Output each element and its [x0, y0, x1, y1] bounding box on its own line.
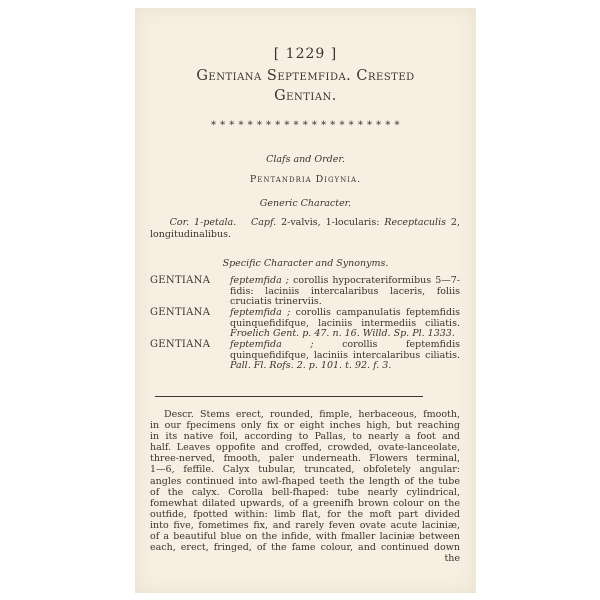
document-page: [ 1229 ] Gentiana Septemfida. Crested Ge… — [135, 8, 476, 593]
class-order-value: Pentandria Digynia. — [135, 174, 476, 185]
class-order-heading: Clafs and Order. — [135, 154, 476, 165]
ornament-divider: * * * * * * * * * * * * * * * * * * * * … — [135, 120, 476, 131]
synonym-entry: GENTIANA feptemfida ; corollis feptemfid… — [150, 340, 460, 372]
horizontal-rule — [155, 396, 423, 397]
page-title: Gentiana Septemfida. Crested — [135, 68, 476, 84]
description-text: Descr. Stems erect, rounded, fimple, her… — [150, 409, 460, 564]
generic-character-text: Cor. 1-petala. Capf. 2-valvis, 1-locular… — [150, 217, 460, 240]
generic-character-heading: Generic Character. — [135, 198, 476, 209]
synonym-entry: GENTIANA feptemfida ; corollis campanula… — [150, 308, 460, 340]
synonym-entry: GENTIANA feptemfida ; corollis hypocrate… — [150, 276, 460, 308]
catchword: the — [150, 553, 460, 564]
page-title-continued: Gentian. — [135, 88, 476, 104]
page-number: [ 1229 ] — [135, 46, 476, 62]
specific-character-heading: Specific Character and Synonyms. — [135, 258, 476, 269]
